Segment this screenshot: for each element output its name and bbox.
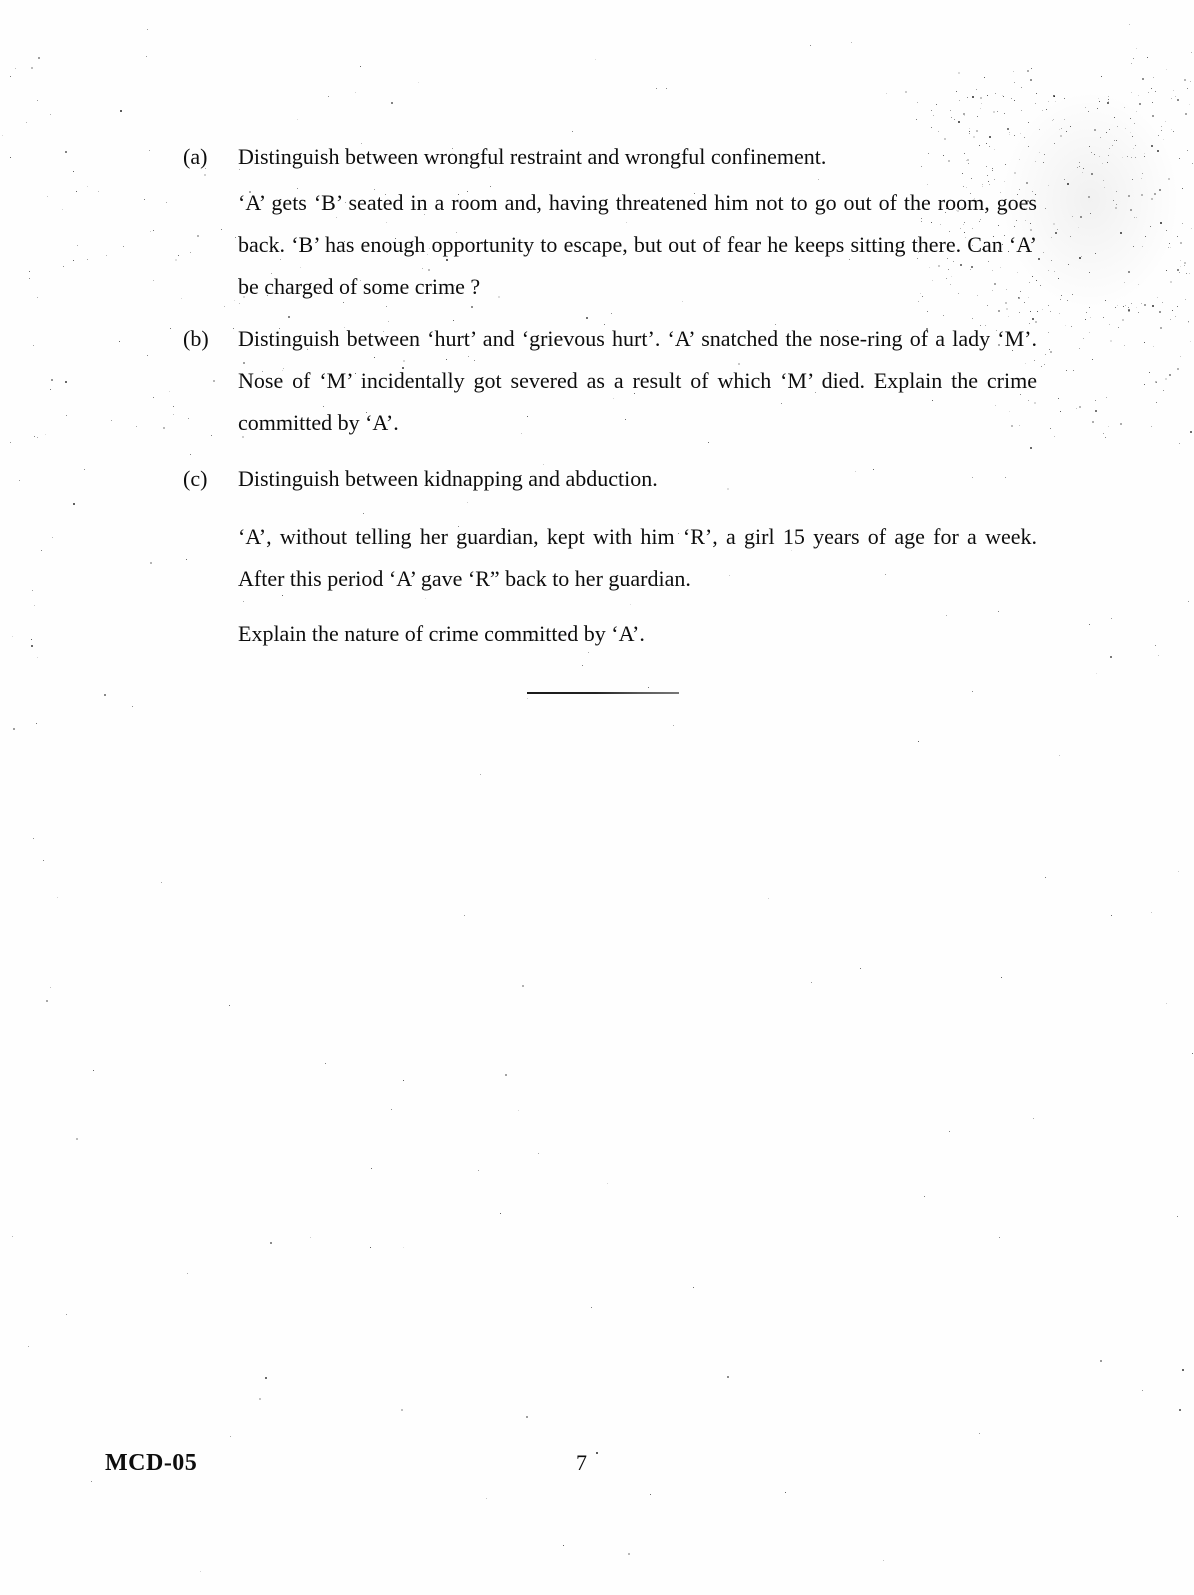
question-a-body: Distinguish between wrongful restraint a… [238, 136, 1037, 308]
question-c-label: (c) [183, 458, 207, 500]
section-divider [527, 692, 679, 694]
question-c-body: Distinguish between kidnapping and abduc… [238, 458, 1037, 655]
question-a-heading: Distinguish between wrongful restraint a… [238, 136, 1037, 178]
question-b-body: Distinguish between ‘hurt’ and ‘grievous… [238, 318, 1037, 444]
question-c-closing-line: Explain the nature of crime committed by… [238, 613, 1037, 655]
question-c-heading: Distinguish between kidnapping and abduc… [238, 458, 1037, 500]
page-footer: MCD-05 7 [0, 1450, 1194, 1490]
question-a-label: (a) [183, 136, 207, 178]
question-b-label: (b) [183, 318, 209, 360]
question-b-paragraph: Distinguish between ‘hurt’ and ‘grievous… [238, 318, 1037, 444]
page-number: 7 [576, 1450, 587, 1476]
paper-code: MCD-05 [105, 1450, 197, 1477]
question-a-paragraph: ‘A’ gets ‘B’ seated in a room and, havin… [238, 182, 1037, 308]
question-c-paragraph: ‘A’, without telling her guardian, kept … [238, 516, 1037, 600]
document-page: (a) Distinguish between wrongful restrai… [0, 0, 1194, 1595]
